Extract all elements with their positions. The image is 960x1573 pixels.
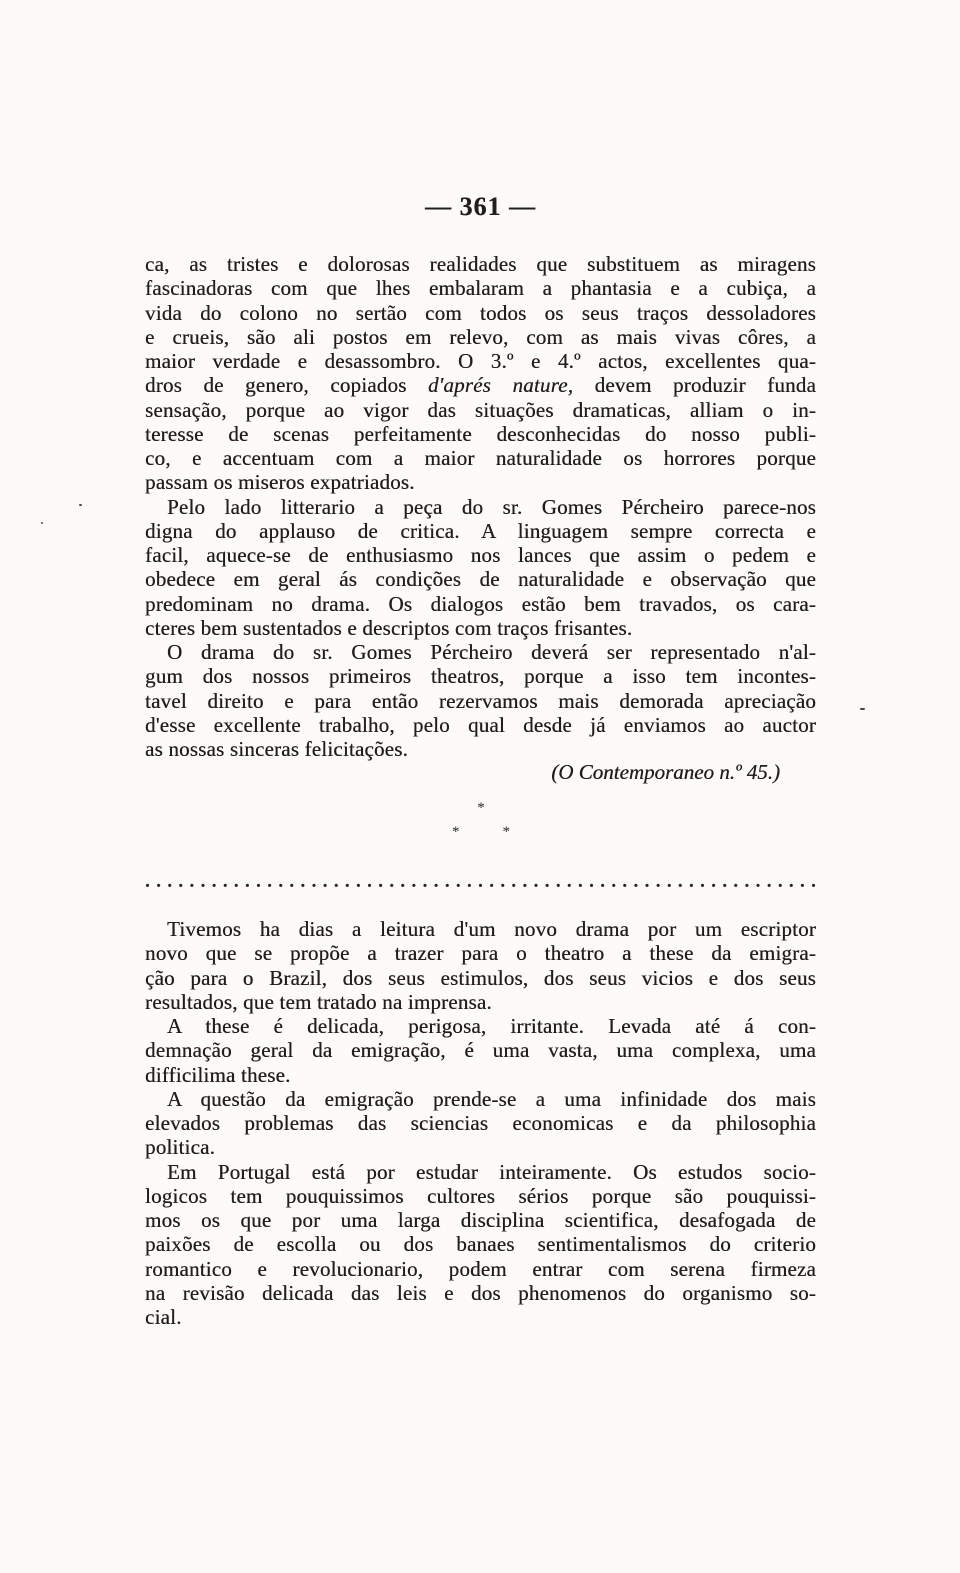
- scan-artifact: [860, 708, 865, 710]
- asterisk-glyph: *: [452, 825, 460, 839]
- text-line: Em Portugal está por estudar inteirament…: [145, 1160, 816, 1184]
- citation-row: (O Contemporaneo n.º 45.): [145, 760, 816, 784]
- asterisk-separator: * * *: [444, 801, 518, 839]
- paragraph: Em Portugal está por estudar inteirament…: [145, 1160, 816, 1330]
- text-line: e crueis, são ali postos em relevo, com …: [145, 325, 816, 349]
- text-line: co, e accentuam com a maior naturalidade…: [145, 446, 816, 470]
- text-line: Pelo lado litterario a peça do sr. Gomes…: [145, 495, 816, 519]
- text-line: gum dos nossos primeiros theatros, porqu…: [145, 664, 816, 688]
- text-line: passam os miseros expatriados.: [145, 470, 816, 494]
- text-line: demnação geral da emigração, é uma vasta…: [145, 1038, 816, 1062]
- text-line: ção para o Brazil, dos seus estimulos, d…: [145, 966, 816, 990]
- text-line: difficilima these.: [145, 1063, 816, 1087]
- scan-artifact: [41, 522, 43, 524]
- text-line: O drama do sr. Gomes Pércheiro deverá se…: [145, 640, 816, 664]
- text-line: mos os que por uma larga disciplina scie…: [145, 1208, 816, 1232]
- text-line: teresse de scenas perfeitamente desconhe…: [145, 422, 816, 446]
- text-line: facil, aquece-se de enthusiasmo nos lanc…: [145, 543, 816, 567]
- paragraph: A questão da emigração prende-se a uma i…: [145, 1087, 816, 1160]
- text-line: logicos tem pouquissimos cultores sérios…: [145, 1184, 816, 1208]
- paragraph: ca, as tristes e dolorosas realidades qu…: [145, 252, 816, 495]
- text-line: tavel direito e para então rezervamos ma…: [145, 689, 816, 713]
- text-run: devem produzir funda: [573, 373, 816, 397]
- asterisk-glyph: *: [444, 801, 518, 815]
- text-line: digna do applauso de critica. A linguage…: [145, 519, 816, 543]
- text-line: sensação, porque ao vigor das situações …: [145, 398, 816, 422]
- text-line: cteres bem sustentados e descriptos com …: [145, 616, 816, 640]
- review-article-text: ca, as tristes e dolorosas realidades qu…: [145, 252, 816, 761]
- text-line: d'esse excellente trabalho, pelo qual de…: [145, 713, 816, 737]
- text-line: fascinadoras com que lhes embalaram a ph…: [145, 276, 816, 300]
- asterisk-row: * *: [444, 825, 518, 839]
- page-number: — 361 —: [145, 192, 816, 222]
- text-line: elevados problemas das sciencias economi…: [145, 1111, 816, 1135]
- text-line: predominam no drama. Os dialogos estão b…: [145, 592, 816, 616]
- text-line: paixões de escolla ou dos banaes sentime…: [145, 1232, 816, 1256]
- scan-artifact: [79, 504, 82, 506]
- text-run: dros de genero, copiados: [145, 373, 428, 397]
- text-line: maior verdade e desassombro. O 3.º e 4.º…: [145, 349, 816, 373]
- text-line: na revisão delicada das leis e dos pheno…: [145, 1281, 816, 1305]
- text-line: resultados, que tem tratado na imprensa.: [145, 990, 816, 1014]
- text-line: novo que se propõe a trazer para o theat…: [145, 941, 816, 965]
- text-line: vida do colono no sertão com todos os se…: [145, 301, 816, 325]
- second-article-text: Tivemos ha dias a leitura d'um novo dram…: [145, 917, 816, 1329]
- text-line: politica.: [145, 1135, 816, 1159]
- source-citation: (O Contemporaneo n.º 45.): [145, 760, 816, 784]
- text-line: A these é delicada, perigosa, irritante.…: [145, 1014, 816, 1038]
- paragraph: Pelo lado litterario a peça do sr. Gomes…: [145, 495, 816, 641]
- text-line: dros de genero, copiados d'aprés nature,…: [145, 373, 816, 397]
- asterisk-glyph: *: [503, 825, 511, 839]
- text-line: cial.: [145, 1305, 816, 1329]
- italic-text-run: d'aprés nature,: [428, 373, 573, 397]
- text-line: as nossas sinceras felicitações.: [145, 737, 816, 761]
- paragraph: O drama do sr. Gomes Pércheiro deverá se…: [145, 640, 816, 761]
- text-line: Tivemos ha dias a leitura d'um novo dram…: [145, 917, 816, 941]
- text-line: A questão da emigração prende-se a uma i…: [145, 1087, 816, 1111]
- text-line: ca, as tristes e dolorosas realidades qu…: [145, 252, 816, 276]
- paragraph: A these é delicada, perigosa, irritante.…: [145, 1014, 816, 1087]
- paragraph: Tivemos ha dias a leitura d'um novo dram…: [145, 917, 816, 1014]
- dotted-separator: ........................................…: [145, 874, 816, 890]
- text-line: romantico e revolucionario, podem entrar…: [145, 1257, 816, 1281]
- text-line: obedece em geral ás condições de natural…: [145, 567, 816, 591]
- scanned-book-page: — 361 — ca, as tristes e dolorosas reali…: [0, 0, 960, 1573]
